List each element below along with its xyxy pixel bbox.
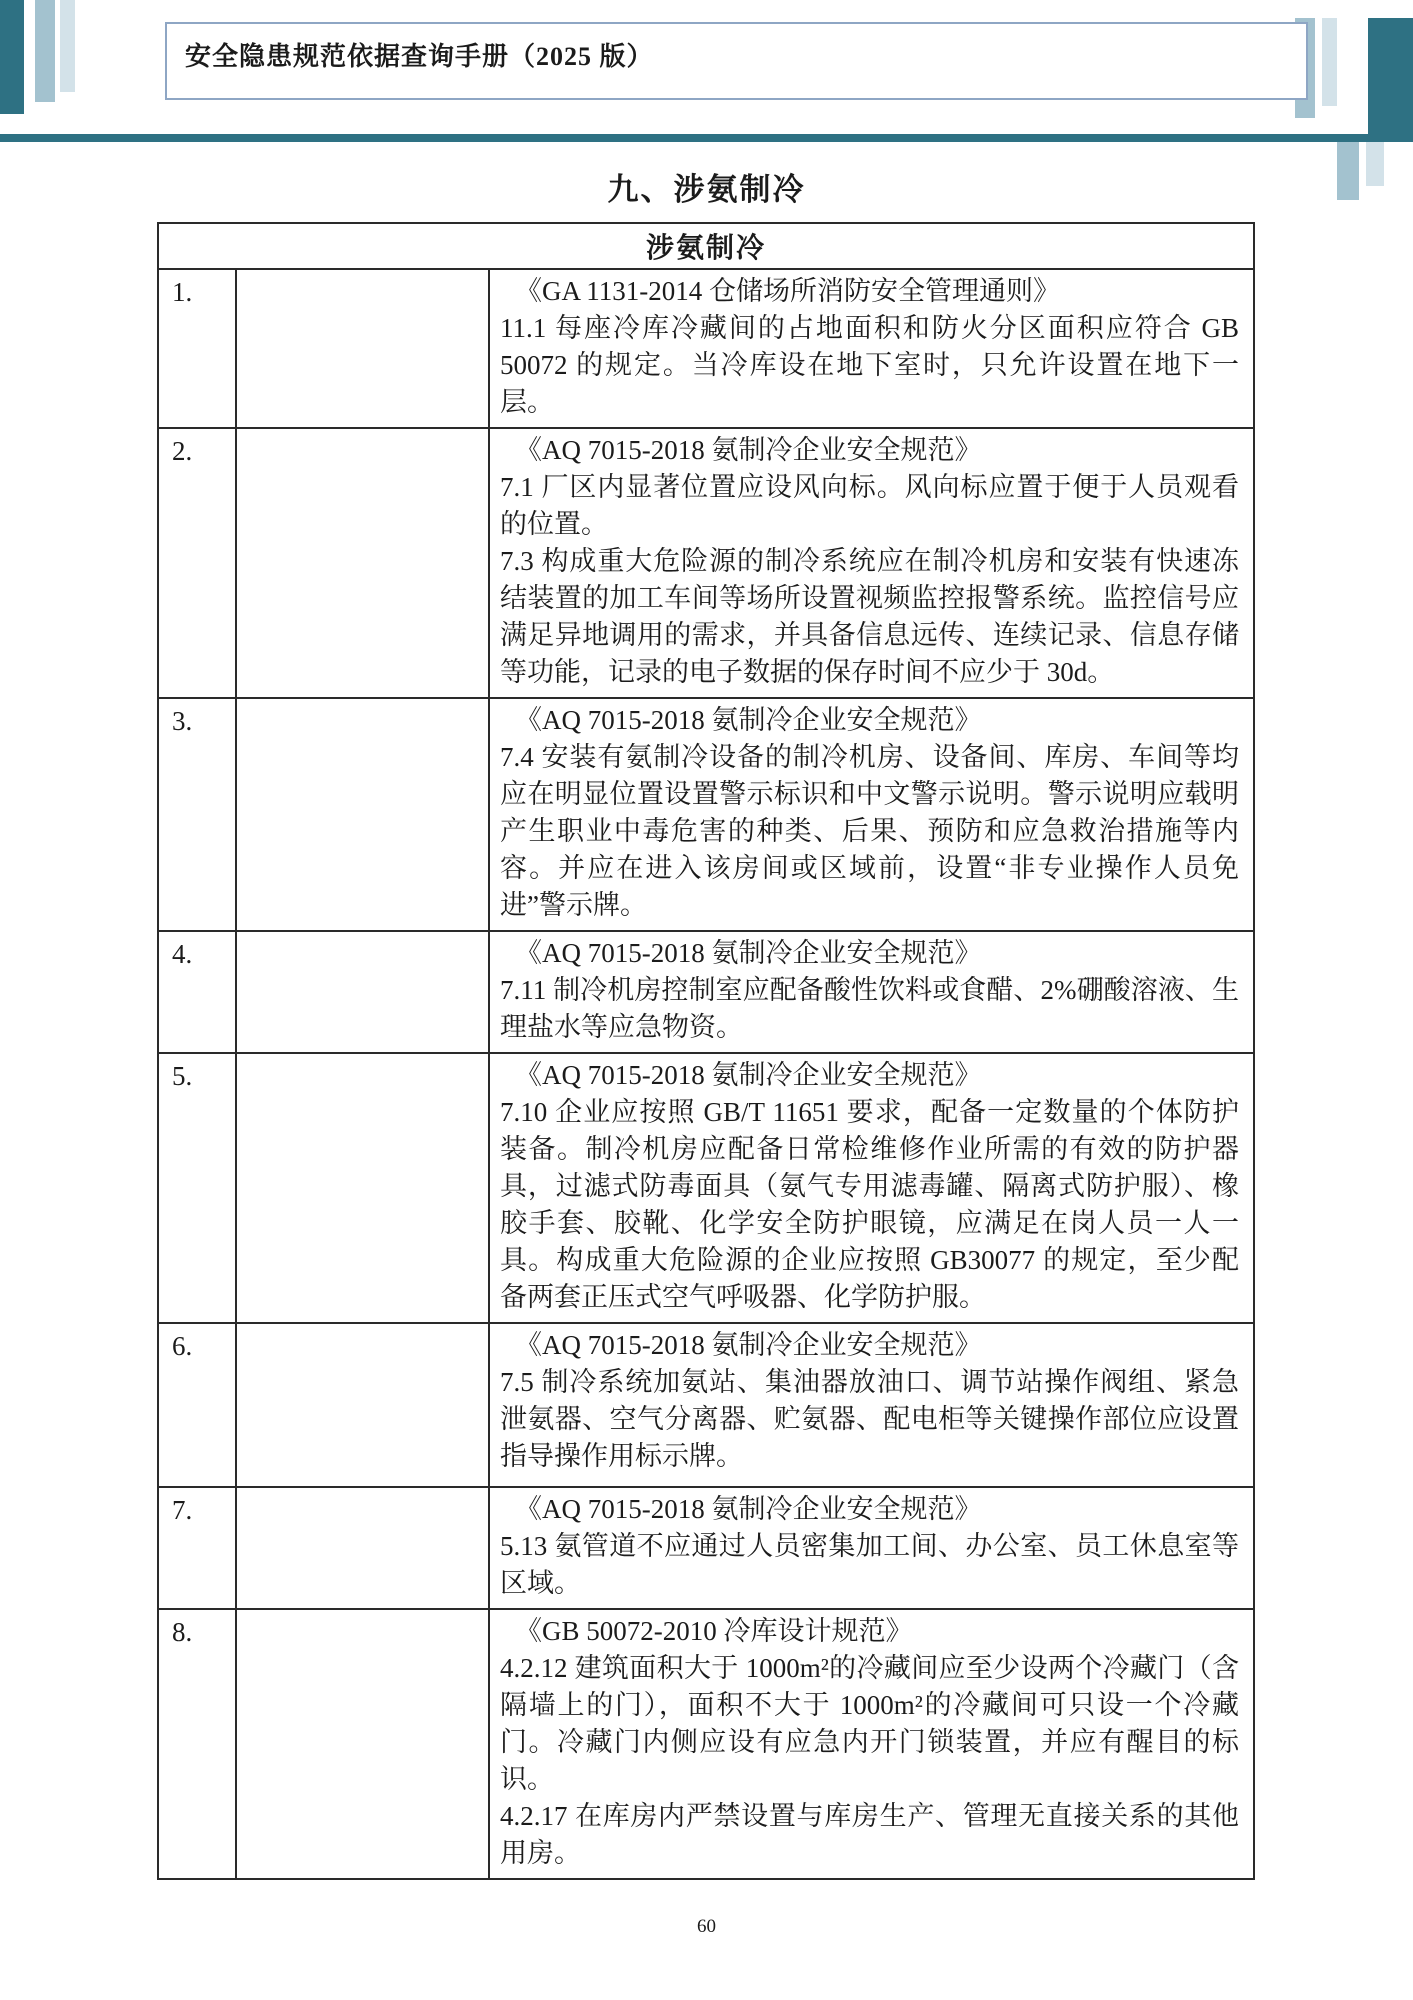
row-content-cell: 《AQ 7015-2018 氨制冷企业安全规范》7.11 制冷机房控制室应配备酸…: [489, 931, 1254, 1053]
standard-reference: 《AQ 7015-2018 氨制冷企业安全规范》: [500, 1327, 1239, 1364]
table-header-row: 涉氨制冷: [158, 223, 1254, 269]
standard-reference: 《GB 50072-2010 冷库设计规范》: [500, 1613, 1239, 1650]
page-number: 60: [0, 1916, 1413, 1938]
table-row: 8.《GB 50072-2010 冷库设计规范》4.2.12 建筑面积大于 10…: [158, 1609, 1254, 1879]
clause-text: 4.2.12 建筑面积大于 1000m²的冷藏间应至少设两个冷藏门（含隔墙上的门…: [500, 1650, 1239, 1798]
clause-text: 7.11 制冷机房控制室应配备酸性饮料或食醋、2%硼酸溶液、生理盐水等应急物资。: [500, 972, 1239, 1046]
rules-table: 涉氨制冷 1.《GA 1131-2014 仓储场所消防安全管理通则》11.1 每…: [157, 222, 1255, 1880]
row-content-cell: 《AQ 7015-2018 氨制冷企业安全规范》7.10 企业应按照 GB/T …: [489, 1053, 1254, 1323]
table-row: 7.《AQ 7015-2018 氨制冷企业安全规范》5.13 氨管道不应通过人员…: [158, 1487, 1254, 1609]
clause-text: 7.10 企业应按照 GB/T 11651 要求，配备一定数量的个体防护装备。制…: [500, 1094, 1239, 1316]
row-content-cell: 《GA 1131-2014 仓储场所消防安全管理通则》11.1 每座冷库冷藏间的…: [489, 269, 1254, 428]
clause-text: 11.1 每座冷库冷藏间的占地面积和防火分区面积应符合 GB 50072 的规定…: [500, 310, 1239, 421]
row-number: 3.: [158, 698, 236, 931]
row-content-cell: 《AQ 7015-2018 氨制冷企业安全规范》5.13 氨管道不应通过人员密集…: [489, 1487, 1254, 1609]
table-row: 2.《AQ 7015-2018 氨制冷企业安全规范》7.1 厂区内显著位置应设风…: [158, 428, 1254, 698]
table-row: 5.《AQ 7015-2018 氨制冷企业安全规范》7.10 企业应按照 GB/…: [158, 1053, 1254, 1323]
row-empty-cell: [236, 1323, 489, 1487]
row-content-cell: 《AQ 7015-2018 氨制冷企业安全规范》7.5 制冷系统加氨站、集油器放…: [489, 1323, 1254, 1487]
row-number: 7.: [158, 1487, 236, 1609]
manual-title: 安全隐患规范依据查询手册（2025 版）: [185, 36, 1306, 73]
row-empty-cell: [236, 428, 489, 698]
row-content-cell: 《GB 50072-2010 冷库设计规范》4.2.12 建筑面积大于 1000…: [489, 1609, 1254, 1879]
table-row: 4.《AQ 7015-2018 氨制冷企业安全规范》7.11 制冷机房控制室应配…: [158, 931, 1254, 1053]
row-number: 5.: [158, 1053, 236, 1323]
table-header-title: 涉氨制冷: [158, 223, 1254, 269]
table-row: 6.《AQ 7015-2018 氨制冷企业安全规范》7.5 制冷系统加氨站、集油…: [158, 1323, 1254, 1487]
row-empty-cell: [236, 269, 489, 428]
row-empty-cell: [236, 1487, 489, 1609]
header-divider-rule: [0, 134, 1413, 142]
row-number: 8.: [158, 1609, 236, 1879]
clause-text: 7.4 安装有氨制冷设备的制冷机房、设备间、库房、车间等均应在明显位置设置警示标…: [500, 739, 1239, 924]
document-page: 安全隐患规范依据查询手册（2025 版） 九、涉氨制冷 涉氨制冷 1.《GA 1…: [0, 0, 1413, 2000]
standard-reference: 《AQ 7015-2018 氨制冷企业安全规范》: [500, 1057, 1239, 1094]
manual-header-box: 安全隐患规范依据查询手册（2025 版）: [165, 22, 1308, 100]
standard-reference: 《GA 1131-2014 仓储场所消防安全管理通则》: [500, 273, 1239, 310]
section-title: 九、涉氨制冷: [0, 164, 1413, 209]
decor-bar-teal-left: [0, 0, 24, 114]
row-number: 4.: [158, 931, 236, 1053]
table-row: 3.《AQ 7015-2018 氨制冷企业安全规范》7.4 安装有氨制冷设备的制…: [158, 698, 1254, 931]
row-content-cell: 《AQ 7015-2018 氨制冷企业安全规范》7.4 安装有氨制冷设备的制冷机…: [489, 698, 1254, 931]
row-number: 2.: [158, 428, 236, 698]
row-empty-cell: [236, 931, 489, 1053]
clause-text: 7.1 厂区内显著位置应设风向标。风向标应置于便于人员观看的位置。: [500, 469, 1239, 543]
decor-bar-light-right: [1322, 18, 1337, 106]
clause-text: 7.3 构成重大危险源的制冷系统应在制冷机房和安装有快速冻结装置的加工车间等场所…: [500, 543, 1239, 691]
clause-text: 5.13 氨管道不应通过人员密集加工间、办公室、员工休息室等区域。: [500, 1528, 1239, 1602]
row-empty-cell: [236, 1609, 489, 1879]
row-empty-cell: [236, 1053, 489, 1323]
row-empty-cell: [236, 698, 489, 931]
rules-table-body: 1.《GA 1131-2014 仓储场所消防安全管理通则》11.1 每座冷库冷藏…: [158, 269, 1254, 1879]
clause-text: 4.2.17 在库房内严禁设置与库房生产、管理无直接关系的其他用房。: [500, 1798, 1239, 1872]
decor-bar-medium-left: [35, 0, 55, 102]
standard-reference: 《AQ 7015-2018 氨制冷企业安全规范》: [500, 1491, 1239, 1528]
row-content-cell: 《AQ 7015-2018 氨制冷企业安全规范》7.1 厂区内显著位置应设风向标…: [489, 428, 1254, 698]
clause-text: 7.5 制冷系统加氨站、集油器放油口、调节站操作阀组、紧急泄氨器、空气分离器、贮…: [500, 1364, 1239, 1475]
standard-reference: 《AQ 7015-2018 氨制冷企业安全规范》: [500, 935, 1239, 972]
standard-reference: 《AQ 7015-2018 氨制冷企业安全规范》: [500, 702, 1239, 739]
table-row: 1.《GA 1131-2014 仓储场所消防安全管理通则》11.1 每座冷库冷藏…: [158, 269, 1254, 428]
decor-bar-light-left: [60, 0, 75, 92]
row-number: 6.: [158, 1323, 236, 1487]
standard-reference: 《AQ 7015-2018 氨制冷企业安全规范》: [500, 432, 1239, 469]
decor-block-teal-right: [1368, 18, 1413, 138]
row-number: 1.: [158, 269, 236, 428]
